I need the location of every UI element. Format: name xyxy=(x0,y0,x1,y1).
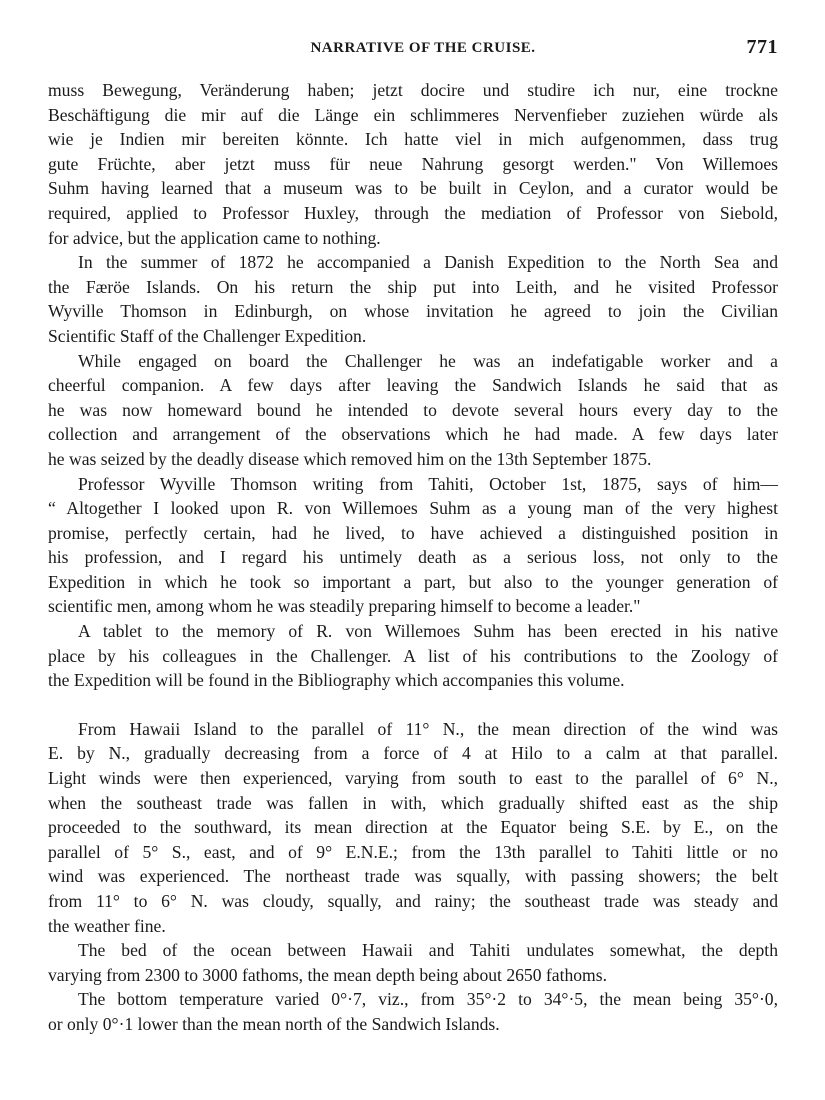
paragraph-letter-quote: muss Bewegung, Veränderung haben; jetzt … xyxy=(48,78,778,250)
text-line: he was seized by the deadly disease whic… xyxy=(48,447,778,472)
text-line: While engaged on board the Challenger he… xyxy=(48,349,778,374)
text-line: scientific men, among whom he was steadi… xyxy=(48,594,778,619)
running-header: NARRATIVE OF THE CRUISE. 771 xyxy=(48,36,778,64)
paragraph-danish-expedition: In the summer of 1872 he accompanied a D… xyxy=(48,250,778,348)
text-line: from 11° to 6° N. was cloudy, squally, a… xyxy=(48,889,778,914)
paragraph-thomson-letter: Professor Wyville Thomson writing from T… xyxy=(48,472,778,620)
text-line: In the summer of 1872 he accompanied a D… xyxy=(48,250,778,275)
section-gap xyxy=(48,693,778,717)
text-line: “ Altogether I looked upon R. von Willem… xyxy=(48,496,778,521)
text-line: A tablet to the memory of R. von Willemo… xyxy=(48,619,778,644)
text-line: his profession, and I regard his untimel… xyxy=(48,545,778,570)
text-line: Scientific Staff of the Challenger Exped… xyxy=(48,324,778,349)
text-line: promise, perfectly certain, had he lived… xyxy=(48,521,778,546)
text-line: Professor Wyville Thomson writing from T… xyxy=(48,472,778,497)
text-line: Wyville Thomson in Edinburgh, on whose i… xyxy=(48,299,778,324)
text-line: or only 0°·1 lower than the mean north o… xyxy=(48,1012,778,1037)
text-line: Suhm having learned that a museum was to… xyxy=(48,176,778,201)
running-title: NARRATIVE OF THE CRUISE. xyxy=(48,40,778,57)
text-line: cheerful companion. A few days after lea… xyxy=(48,373,778,398)
text-line: Beschäftigung die mir auf die Länge ein … xyxy=(48,103,778,128)
text-line: The bed of the ocean between Hawaii and … xyxy=(48,938,778,963)
text-line: the weather fine. xyxy=(48,914,778,939)
text-line: Light winds were then experienced, varyi… xyxy=(48,766,778,791)
text-line: when the southeast trade was fallen in w… xyxy=(48,791,778,816)
text-line: the Expedition will be found in the Bibl… xyxy=(48,668,778,693)
paragraph-bottom-temperature: The bottom temperature varied 0°·7, viz.… xyxy=(48,987,778,1036)
paragraph-wind-observations: From Hawaii Island to the parallel of 11… xyxy=(48,717,778,938)
paragraph-memorial-tablet: A tablet to the memory of R. von Willemo… xyxy=(48,619,778,693)
text-line: proceeded to the southward, its mean dir… xyxy=(48,815,778,840)
text-line: E. by N., gradually decreasing from a fo… xyxy=(48,741,778,766)
paragraph-challenger-work: While engaged on board the Challenger he… xyxy=(48,349,778,472)
text-line: gute Früchte, aber jetzt muss für neue N… xyxy=(48,152,778,177)
text-line: the Færöe Islands. On his return the shi… xyxy=(48,275,778,300)
text-line: required, applied to Professor Huxley, t… xyxy=(48,201,778,226)
document-page: NARRATIVE OF THE CRUISE. 771 muss Bewegu… xyxy=(48,36,778,1037)
text-line: parallel of 5° S., east, and of 9° E.N.E… xyxy=(48,840,778,865)
text-line: Expedition in which he took so important… xyxy=(48,570,778,595)
text-line: for advice, but the application came to … xyxy=(48,226,778,251)
text-line: he was now homeward bound he intended to… xyxy=(48,398,778,423)
paragraph-ocean-bed: The bed of the ocean between Hawaii and … xyxy=(48,938,778,987)
text-line: varying from 2300 to 3000 fathoms, the m… xyxy=(48,963,778,988)
text-line: place by his colleagues in the Challenge… xyxy=(48,644,778,669)
text-line: wind was experienced. The northeast trad… xyxy=(48,864,778,889)
body-text: muss Bewegung, Veränderung haben; jetzt … xyxy=(48,78,778,1037)
text-line: muss Bewegung, Veränderung haben; jetzt … xyxy=(48,78,778,103)
page-number: 771 xyxy=(747,36,779,59)
text-line: collection and arrangement of the observ… xyxy=(48,422,778,447)
text-line: From Hawaii Island to the parallel of 11… xyxy=(48,717,778,742)
text-line: The bottom temperature varied 0°·7, viz.… xyxy=(48,987,778,1012)
text-line: wie je Indien mir bereiten könnte. Ich h… xyxy=(48,127,778,152)
